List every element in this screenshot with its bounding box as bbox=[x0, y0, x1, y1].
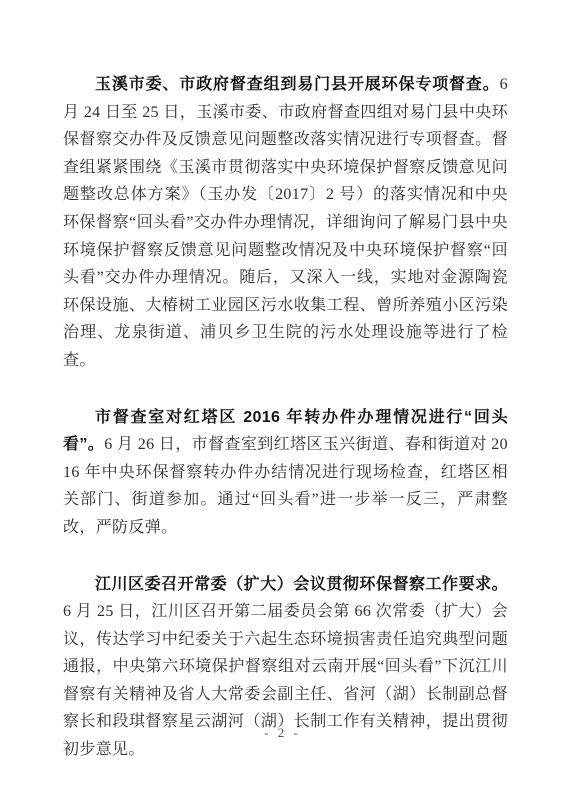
paragraph-hongta-review: 市督查室对红塔区 2016 年转办件办理情况进行“回头看”。6 月 26 日，市… bbox=[63, 404, 508, 542]
paragraph-hongta-text: 6 月 26 日，市督查室到红塔区玉兴街道、春和街道对 2016 年中央环保督察… bbox=[63, 436, 508, 536]
page-number: - 2 - bbox=[0, 725, 565, 741]
paragraph-yimen-text: 6 月 24 日至 25 日，玉溪市委、市政府督查四组对易门县中央环保督察交办件… bbox=[63, 76, 508, 369]
paragraph-yimen-heading: 玉溪市委、市政府督查组到易门县开展环保专项督查。 bbox=[95, 76, 500, 93]
paragraph-jiangchuan-heading: 江川区委召开常委（扩大）会议贯彻环保督察工作要求。 bbox=[95, 576, 508, 593]
document-body: 玉溪市委、市政府督查组到易门县开展环保专项督查。6 月 24 日至 25 日，玉… bbox=[63, 71, 508, 764]
document-page: 玉溪市委、市政府督查组到易门县开展环保专项督查。6 月 24 日至 25 日，玉… bbox=[0, 0, 565, 800]
paragraph-yimen-inspection: 玉溪市委、市政府督查组到易门县开展环保专项督查。6 月 24 日至 25 日，玉… bbox=[63, 71, 508, 375]
